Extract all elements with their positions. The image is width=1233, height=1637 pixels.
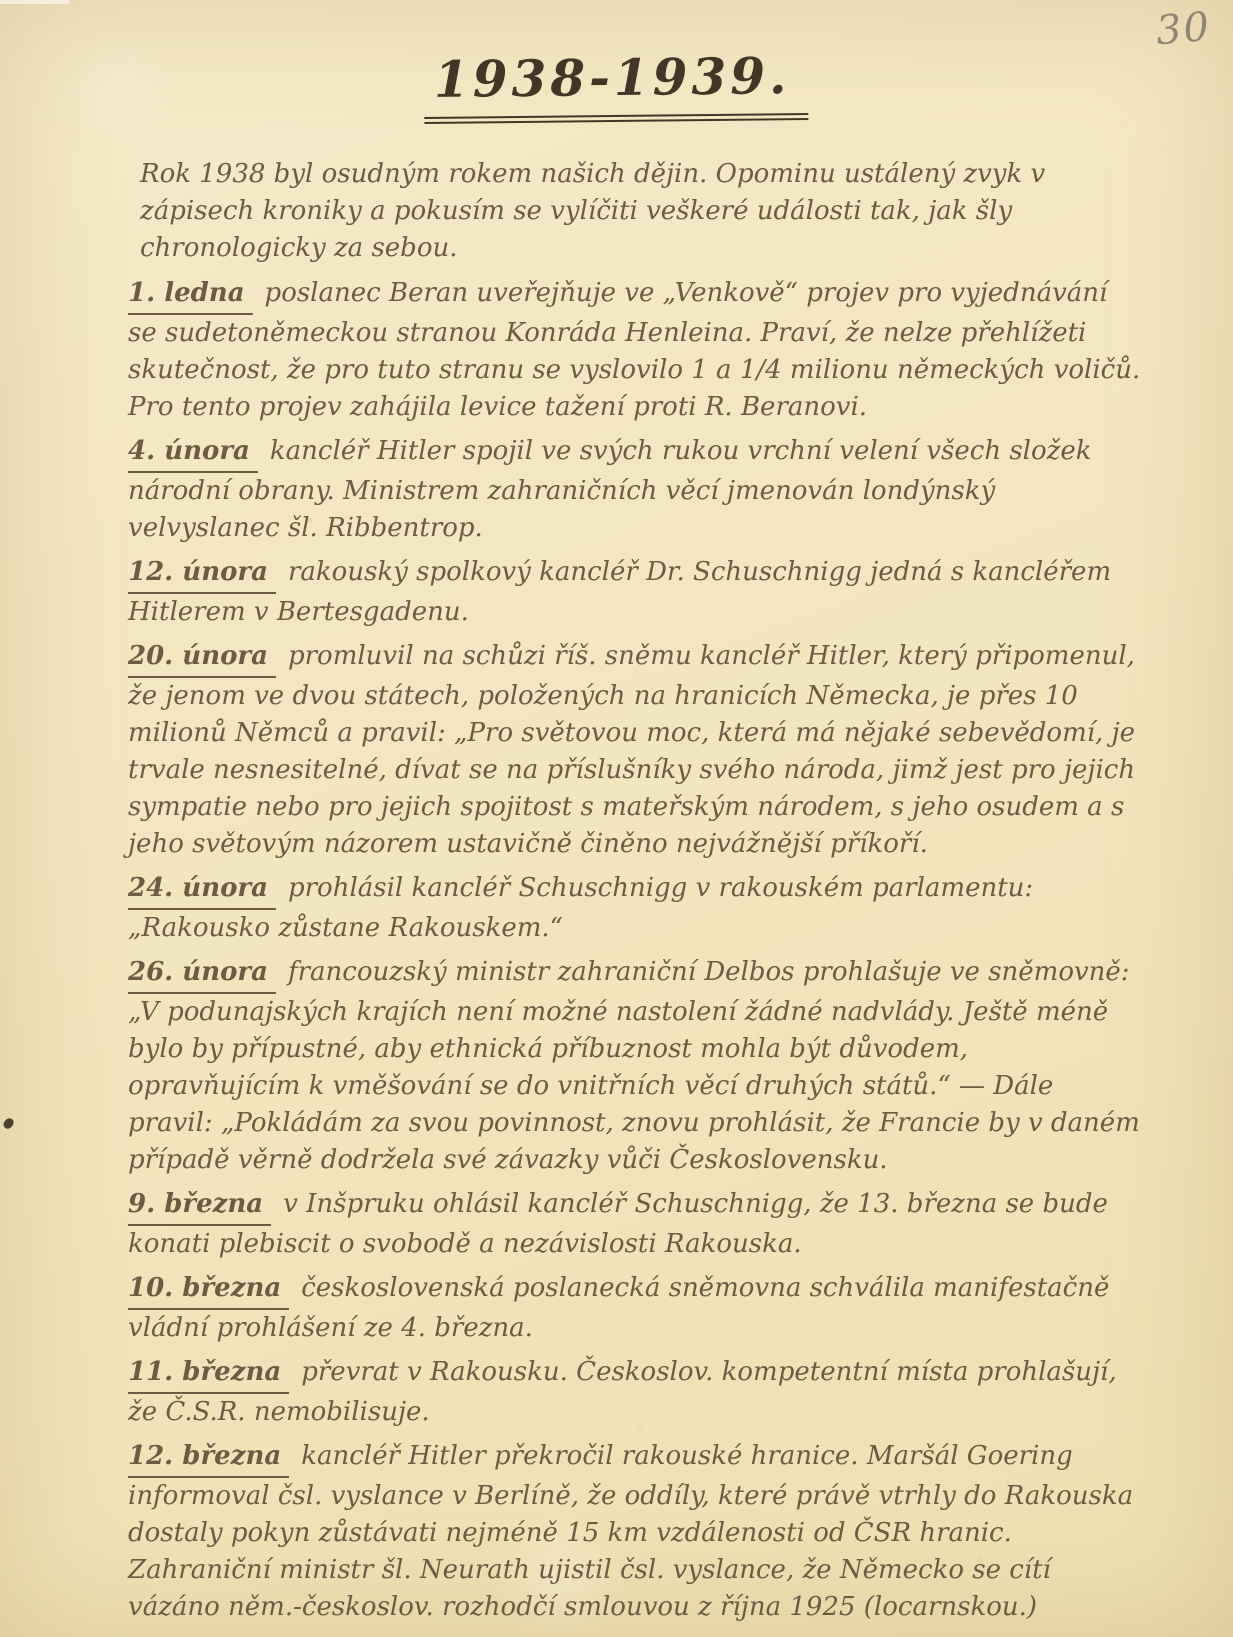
entry-date: 4. února	[128, 433, 258, 473]
entry-date: 24. února	[128, 870, 276, 910]
entry-text: promluvil na schůzi říš. sněmu kancléř H…	[128, 641, 1135, 859]
entry-text: v Inšpruku ohlásil kancléř Schuschnigg, …	[128, 1189, 1108, 1259]
entry-date: 11. března	[128, 1354, 289, 1394]
entry-date: 12. března	[128, 1438, 289, 1478]
document-page: 30 1938-1939. Rok 1938 byl osudným rokem…	[0, 0, 1233, 1637]
entry-date: 20. února	[128, 638, 276, 678]
page-title: 1938-1939.	[424, 46, 809, 124]
entry-date: 9. března	[128, 1186, 271, 1226]
entry-text: poslanec Beran uveřejňuje ve „Venkově“ p…	[128, 278, 1140, 422]
ink-speck	[2, 1117, 15, 1131]
chronicle-entry: 26. únorafrancouzský ministr zahraniční …	[128, 954, 1141, 1179]
entry-date: 10. března	[128, 1270, 289, 1310]
chronicle-entry: 10. březnačeskoslovenská poslanecká sněm…	[128, 1270, 1141, 1347]
chronicle-entry: 1. lednaposlanec Beran uveřejňuje ve „Ve…	[128, 275, 1141, 426]
page-number: 30	[1154, 4, 1213, 55]
entry-date: 1. ledna	[128, 275, 253, 315]
chronicle-entry: 12. únorarakouský spolkový kancléř Dr. S…	[128, 554, 1141, 631]
intro-paragraph: Rok 1938 byl osudným rokem našich dějin.…	[140, 156, 1141, 267]
title-container: 1938-1939.	[0, 0, 1233, 122]
entry-text: kancléř Hitler spojil ve svých rukou vrc…	[128, 436, 1092, 543]
entry-date: 26. února	[128, 954, 276, 994]
chronicle-entry: 4. únorakancléř Hitler spojil ve svých r…	[128, 433, 1141, 547]
chronicle-text: Rok 1938 byl osudným rokem našich dějin.…	[128, 156, 1141, 1626]
chronicle-entry: 20. únorapromluvil na schůzi říš. sněmu …	[128, 638, 1141, 863]
scan-edge-artifact	[0, 0, 70, 4]
entry-date: 12. února	[128, 554, 276, 594]
chronicle-entry: 24. únoraprohlásil kancléř Schuschnigg v…	[128, 870, 1141, 947]
entry-text: francouzský ministr zahraniční Delbos pr…	[128, 957, 1140, 1175]
chronicle-entry: 11. březnapřevrat v Rakousku. Českoslov.…	[128, 1354, 1141, 1431]
chronicle-entry: 12. březnakancléř Hitler překročil rakou…	[128, 1438, 1141, 1626]
chronicle-entry: 9. březnav Inšpruku ohlásil kancléř Schu…	[128, 1186, 1141, 1263]
